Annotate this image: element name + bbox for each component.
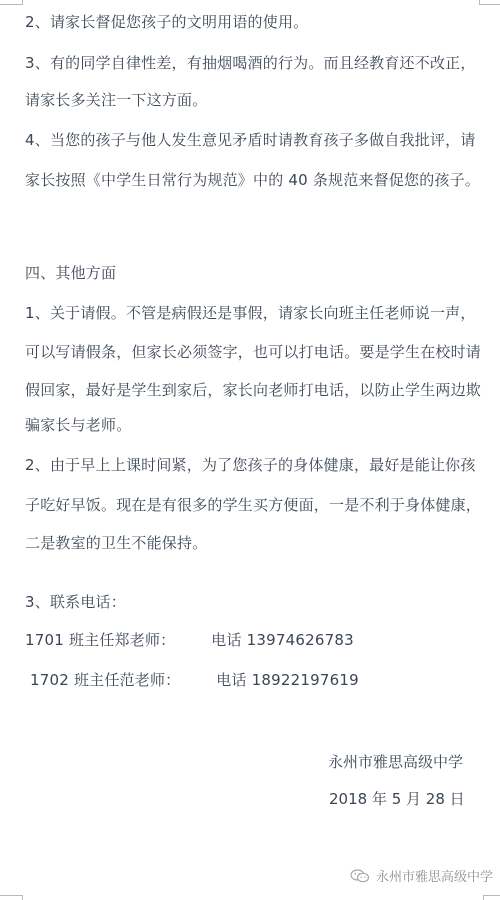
paragraph-line: 2、由于早上上课时间紧，为了您孩子的身体健康，最好是能让你孩 xyxy=(25,455,476,475)
crop-mark-bottom-right xyxy=(483,895,500,900)
wechat-icon xyxy=(350,869,370,883)
document-page: 2、请家长督促您孩子的文明用语的使用。 3、有的同学自律性差，有抽烟喝酒的行为。… xyxy=(0,0,500,900)
paragraph-line: 家长按照《中学生日常行为规范》中的 40 条规范来督促您的孩子。 xyxy=(25,170,480,190)
paragraph-line: 子吃好早饭。现在是有很多的学生买方便面，一是不利于身体健康， xyxy=(25,495,481,515)
crop-mark-top-left xyxy=(0,0,23,5)
watermark-text: 永州市雅思高级中学 xyxy=(376,866,493,885)
wechat-watermark: 永州市雅思高级中学 xyxy=(350,866,493,885)
contact-label: 1702 班主任范老师： xyxy=(30,671,180,689)
contact-row: 1701 班主任郑老师： 电话 13974626783 xyxy=(25,630,354,650)
paragraph-line: 假回家，最好是学生到家后，家长向老师打电话，以防止学生两边欺 xyxy=(25,380,481,400)
crop-mark-top-right xyxy=(479,0,500,5)
section-heading: 四、其他方面 xyxy=(25,263,116,283)
paragraph-line: 1、关于请假。不管是病假还是事假，请家长向班主任老师说一声， xyxy=(25,303,476,323)
paragraph-line: 4、当您的孩子与他人发生意见矛盾时请教育孩子多做自我批评，请 xyxy=(25,130,476,150)
contact-label: 1701 班主任郑老师： xyxy=(25,631,175,649)
paragraph-line: 3、有的同学自律性差，有抽烟喝酒的行为。而且经教育还不改正， xyxy=(25,53,476,73)
paragraph-line: 3、联系电话： xyxy=(25,592,126,612)
paragraph-line: 二是教室的卫生不能保持。 xyxy=(25,533,207,553)
signature-date: 2018 年 5 月 28 日 xyxy=(329,789,465,809)
contact-phone: 电话 13974626783 xyxy=(211,631,354,649)
crop-mark-bottom-left xyxy=(0,895,23,900)
contact-row: 1702 班主任范老师： 电话 18922197619 xyxy=(30,670,359,690)
paragraph-line: 请家长多关注一下这方面。 xyxy=(25,90,207,110)
school-signature: 永州市雅思高级中学 xyxy=(328,752,463,772)
paragraph-line: 骗家长与老师。 xyxy=(25,415,131,435)
paragraph-line: 2、请家长督促您孩子的文明用语的使用。 xyxy=(25,12,308,32)
paragraph-line: 可以写请假条，但家长必须签字，也可以打电话。要是学生在校时请 xyxy=(25,342,481,362)
contact-phone: 电话 18922197619 xyxy=(216,671,359,689)
